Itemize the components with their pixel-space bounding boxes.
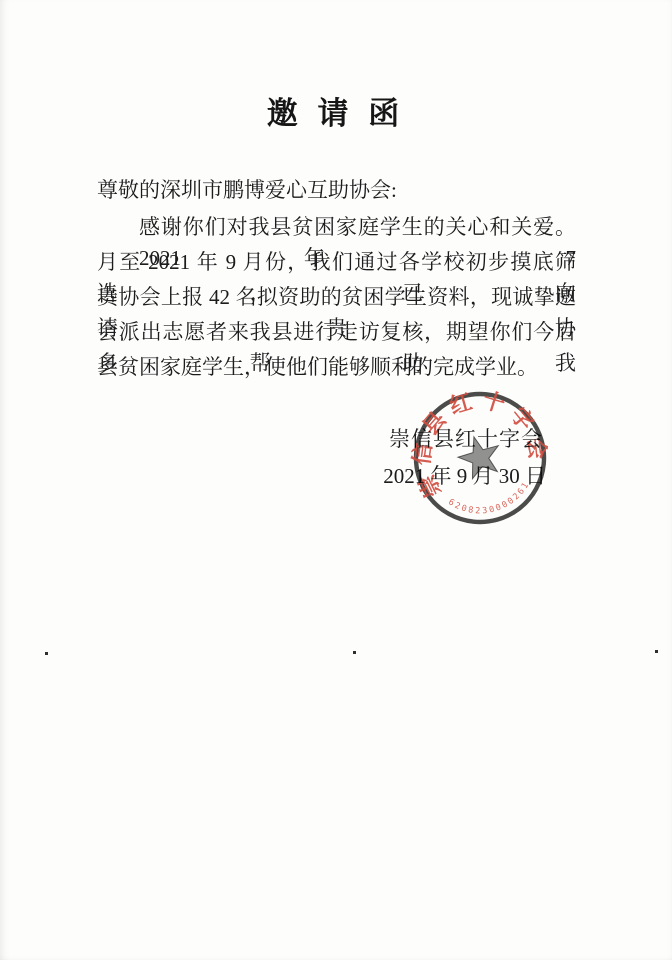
body-line: 会派出志愿者来我县进行走访复核，期望你们今后多帮助我: [97, 317, 576, 352]
body-line: 月至 2021 年 9 月份，我们通过各学校初步摸底筛选，已向: [97, 247, 576, 282]
scan-artifact-dot: [45, 652, 48, 655]
scanned-letter-page: 邀 请 函 尊敬的深圳市鹏博爱心互助协会: 感谢你们对我县贫困家庭学生的关心和关…: [0, 0, 672, 960]
letter-body: 感谢你们对我县贫困家庭学生的关心和关爱。2021 年 7 月至 2021 年 9…: [97, 212, 576, 387]
salutation-line: 尊敬的深圳市鹏博爱心互助协会:: [97, 174, 597, 204]
red-official-seal-stamp: 崇信县红十字会 6208230000261: [400, 378, 560, 538]
scan-artifact-dot: [353, 651, 356, 654]
body-line: 感谢你们对我县贫困家庭学生的关心和关爱。2021 年 7: [97, 212, 576, 247]
body-line: 县贫困家庭学生，使他们能够顺利的完成学业。: [97, 352, 576, 387]
document-title: 邀 请 函: [0, 88, 672, 133]
seal-outer-ring: [401, 379, 559, 537]
signature-org: 崇信县红十字会: [97, 423, 576, 453]
body-line: 贵协会上报 42 名拟资助的贫困学生资料，现诚挚邀请贵协: [97, 282, 576, 317]
scan-artifact-dot: [655, 650, 658, 653]
signature-date: 2021 年 9 月 30 日: [97, 460, 576, 490]
